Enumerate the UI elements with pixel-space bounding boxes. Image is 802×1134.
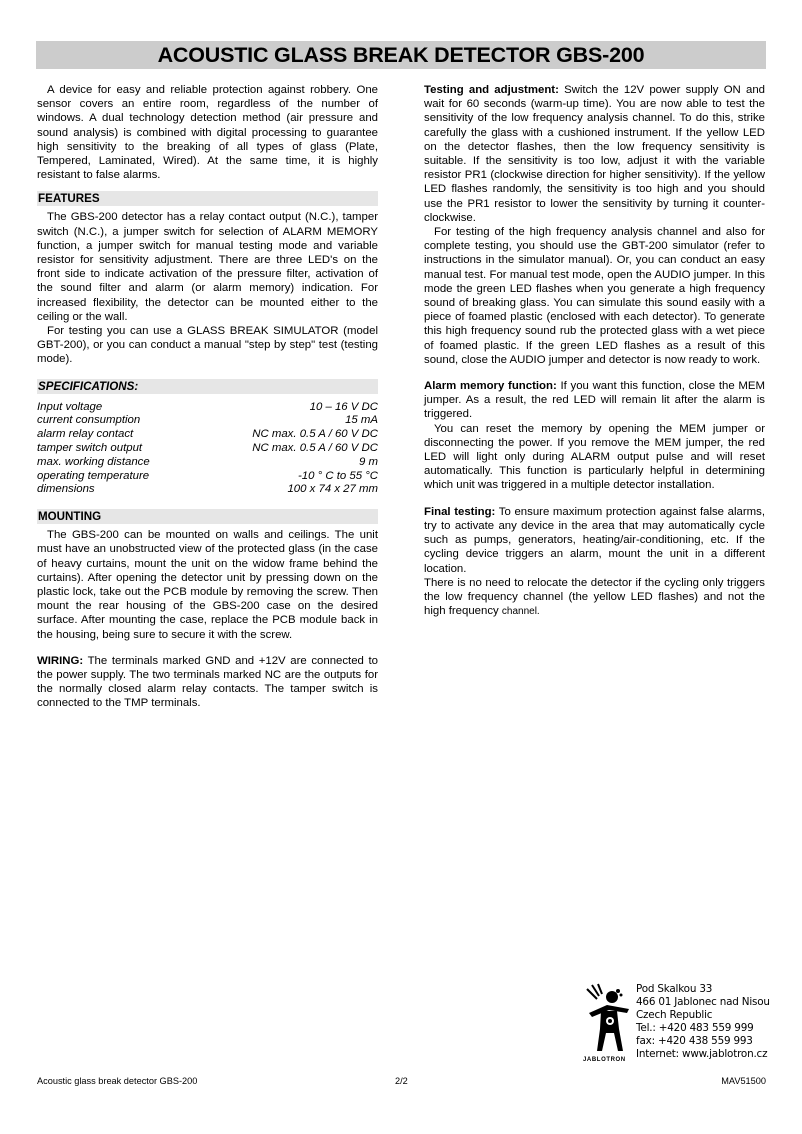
- features-paragraph: For testing you can use a GLASS BREAK SI…: [37, 324, 378, 367]
- fax-number: fax: +420 438 559 993: [636, 1035, 770, 1048]
- wiring-lead: WIRING:: [37, 655, 83, 667]
- contact-block: JABLOTRON Pod Skalkou 33 466 01 Jablonec…: [583, 983, 773, 1063]
- wiring-paragraph: WIRING: The terminals marked GND and +12…: [37, 654, 378, 711]
- page-footer: Acoustic glass break detector GBS-200 2/…: [37, 1074, 766, 1088]
- right-column: Testing and adjustment: Switch the 12V p…: [424, 83, 765, 619]
- footer-document-code: MAV51500: [721, 1074, 766, 1088]
- address-country: Czech Republic: [636, 1009, 770, 1022]
- phone-number: Tel.: +420 483 559 999: [636, 1022, 770, 1035]
- intro-paragraph: A device for easy and reliable protectio…: [37, 83, 378, 182]
- alarm-memory-paragraph: Alarm memory function: If you want this …: [424, 379, 765, 422]
- final-testing-text-2: There is no need to relocate the detecto…: [424, 577, 765, 617]
- spec-value: 10 – 16 V DC: [198, 401, 378, 415]
- spec-row: alarm relay contact NC max. 0.5 A / 60 V…: [37, 428, 378, 442]
- address-street: Pod Skalkou 33: [636, 983, 770, 996]
- alarm-memory-lead: Alarm memory function:: [424, 380, 557, 392]
- testing-lead: Testing and adjustment:: [424, 84, 559, 96]
- spec-label: alarm relay contact: [37, 428, 198, 442]
- spec-value: 9 m: [198, 456, 378, 470]
- testing-text: Switch the 12V power supply ON and wait …: [424, 84, 765, 224]
- document-title: ACOUSTIC GLASS BREAK DETECTOR GBS-200: [36, 41, 766, 69]
- spec-row: max. working distance 9 m: [37, 456, 378, 470]
- address-city: 466 01 Jablonec nad Nisou: [636, 996, 770, 1009]
- final-testing-text-2-small: channel.: [502, 606, 540, 617]
- mounting-heading: MOUNTING: [37, 509, 378, 524]
- testing-paragraph: Testing and adjustment: Switch the 12V p…: [424, 83, 765, 225]
- spec-label: operating temperature: [37, 470, 198, 484]
- spec-row: dimensions 100 x 74 x 27 mm: [37, 483, 378, 497]
- footer-page-number: 2/2: [395, 1074, 408, 1088]
- spec-value: 15 mA: [198, 414, 378, 428]
- spec-label: max. working distance: [37, 456, 198, 470]
- spec-value: 100 x 74 x 27 mm: [198, 483, 378, 497]
- spec-row: Input voltage 10 – 16 V DC: [37, 401, 378, 415]
- jablotron-logo-icon: [583, 983, 635, 1063]
- spec-label: tamper switch output: [37, 442, 198, 456]
- spec-value: NC max. 0.5 A / 60 V DC: [198, 442, 378, 456]
- mounting-paragraph: The GBS-200 can be mounted on walls and …: [37, 528, 378, 642]
- spec-row: current consumption 15 mA: [37, 414, 378, 428]
- wiring-text: The terminals marked GND and +12V are co…: [37, 655, 378, 710]
- final-testing-paragraph: Final testing: To ensure maximum protect…: [424, 505, 765, 576]
- specifications-table: Input voltage 10 – 16 V DC current consu…: [37, 401, 378, 498]
- spec-label: Input voltage: [37, 401, 198, 415]
- address-lines: Pod Skalkou 33 466 01 Jablonec nad Nisou…: [636, 983, 770, 1062]
- final-testing-lead: Final testing:: [424, 506, 495, 518]
- spec-label: current consumption: [37, 414, 198, 428]
- features-paragraph: The GBS-200 detector has a relay contact…: [37, 210, 378, 324]
- left-column: A device for easy and reliable protectio…: [37, 83, 378, 711]
- spec-value: -10 ° C to 55 °C: [198, 470, 378, 484]
- specifications-heading: SPECIFICATIONS:: [37, 379, 378, 394]
- alarm-memory-paragraph-2: You can reset the memory by opening the …: [424, 422, 765, 493]
- testing-paragraph-2: For testing of the high frequency analys…: [424, 225, 765, 367]
- spec-value: NC max. 0.5 A / 60 V DC: [198, 428, 378, 442]
- spec-label: dimensions: [37, 483, 198, 497]
- website: Internet: www.jablotron.cz: [636, 1048, 770, 1061]
- final-testing-paragraph-2: There is no need to relocate the detecto…: [424, 576, 765, 620]
- features-heading: FEATURES: [37, 191, 378, 206]
- footer-document-name: Acoustic glass break detector GBS-200: [37, 1074, 197, 1088]
- spec-row: tamper switch output NC max. 0.5 A / 60 …: [37, 442, 378, 456]
- spec-row: operating temperature -10 ° C to 55 °C: [37, 470, 378, 484]
- jablotron-logo-text: JABLOTRON: [583, 1057, 626, 1063]
